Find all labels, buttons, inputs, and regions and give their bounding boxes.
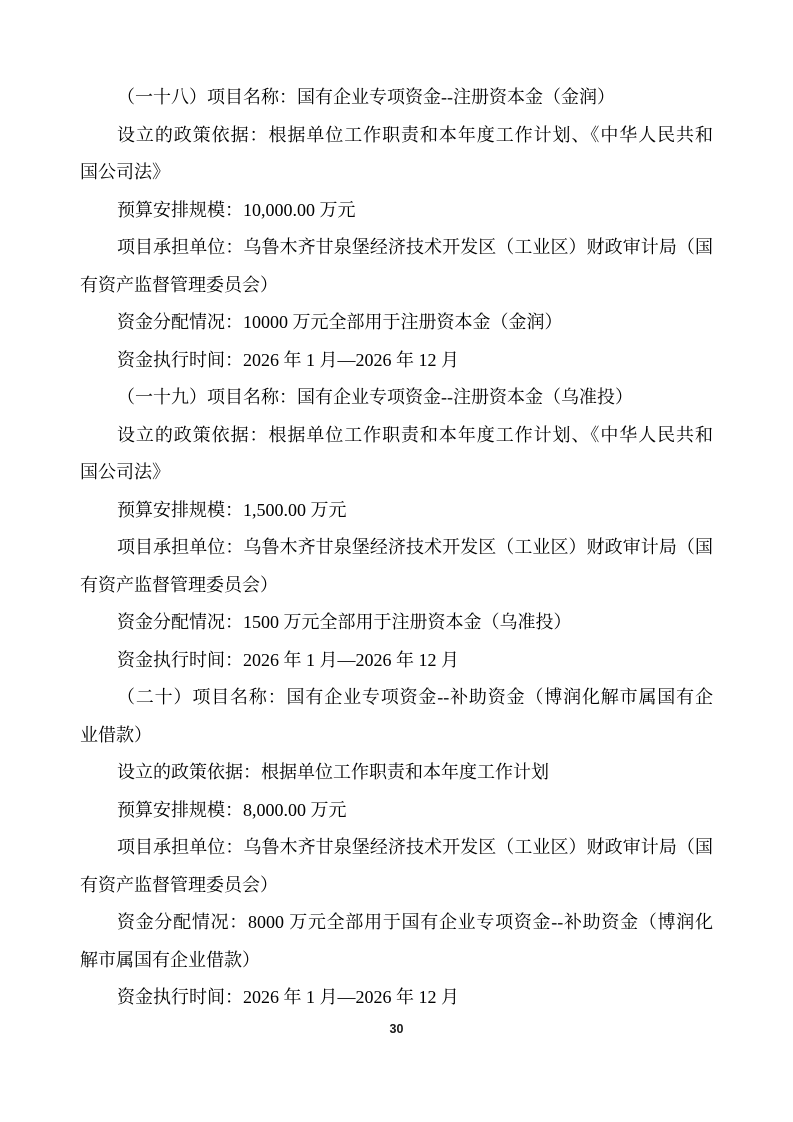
document-line: 设立的政策依据：根据单位工作职责和本年度工作计划、《中华人民共和 bbox=[80, 417, 713, 455]
document-line: 预算安排规模：1,500.00 万元 bbox=[80, 492, 713, 530]
document-line: 项目承担单位：乌鲁木齐甘泉堡经济技术开发区（工业区）财政审计局（国 bbox=[80, 829, 713, 867]
document-line: 国公司法》 bbox=[80, 454, 713, 492]
document-line: 解市属国有企业借款） bbox=[80, 942, 713, 980]
document-line: 资金执行时间：2026 年 1 月—2026 年 12 月 bbox=[80, 979, 713, 1017]
document-line: 业借款） bbox=[80, 717, 713, 755]
document-line: 项目承担单位：乌鲁木齐甘泉堡经济技术开发区（工业区）财政审计局（国 bbox=[80, 229, 713, 267]
document-line: 资金分配情况：1500 万元全部用于注册资本金（乌准投） bbox=[80, 604, 713, 642]
document-line: 设立的政策依据：根据单位工作职责和本年度工作计划 bbox=[80, 754, 713, 792]
document-line: 资金执行时间：2026 年 1 月—2026 年 12 月 bbox=[80, 342, 713, 380]
document-line: 项目承担单位：乌鲁木齐甘泉堡经济技术开发区（工业区）财政审计局（国 bbox=[80, 529, 713, 567]
document-line: 资金执行时间：2026 年 1 月—2026 年 12 月 bbox=[80, 642, 713, 680]
document-page: （一十八）项目名称：国有企业专项资金--注册资本金（金润）设立的政策依据：根据单… bbox=[0, 0, 793, 1122]
document-line: 有资产监督管理委员会） bbox=[80, 567, 713, 605]
document-line: 资金分配情况：8000 万元全部用于国有企业专项资金--补助资金（博润化 bbox=[80, 904, 713, 942]
document-line: （二十）项目名称：国有企业专项资金--补助资金（博润化解市属国有企 bbox=[80, 679, 713, 717]
document-content: （一十八）项目名称：国有企业专项资金--注册资本金（金润）设立的政策依据：根据单… bbox=[80, 79, 713, 1017]
document-line: 资金分配情况：10000 万元全部用于注册资本金（金润） bbox=[80, 304, 713, 342]
document-line: （一十九）项目名称：国有企业专项资金--注册资本金（乌准投） bbox=[80, 379, 713, 417]
document-line: 国公司法》 bbox=[80, 154, 713, 192]
document-line: 预算安排规模：10,000.00 万元 bbox=[80, 192, 713, 230]
page-number: 30 bbox=[0, 1022, 793, 1036]
document-line: 设立的政策依据：根据单位工作职责和本年度工作计划、《中华人民共和 bbox=[80, 117, 713, 155]
document-line: 预算安排规模：8,000.00 万元 bbox=[80, 792, 713, 830]
document-line: 有资产监督管理委员会） bbox=[80, 267, 713, 305]
document-line: （一十八）项目名称：国有企业专项资金--注册资本金（金润） bbox=[80, 79, 713, 117]
document-line: 有资产监督管理委员会） bbox=[80, 867, 713, 905]
